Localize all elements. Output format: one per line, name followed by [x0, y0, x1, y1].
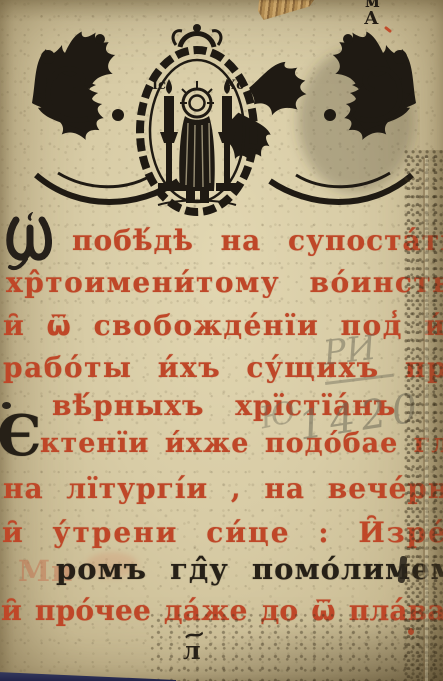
- text-line-8: и̑ у́трени си́це : И̑зре́кши .: [2, 516, 443, 549]
- scanned-book-page: м А: [0, 0, 443, 681]
- pencil-curl: Ю: [257, 395, 299, 437]
- text-line-9: ромъ гд̂у помо́лимем: [56, 552, 443, 586]
- scan-background-corner: [0, 668, 176, 681]
- wooden-bookmark: [258, 0, 314, 20]
- text-line-10: и̑ про́чее да́же до ѿ пла́вающии,: [1, 594, 443, 627]
- initial-e: Є: [0, 408, 42, 464]
- text-line-7: на лїтургі́и , на вече́рни же: [3, 472, 443, 505]
- foliage-left: [32, 25, 178, 202]
- initial-omega: [6, 212, 52, 274]
- text-line-2: хр̂тоимени́тому во́инству ,: [6, 266, 443, 299]
- pencil-mark: РИ: [319, 326, 393, 385]
- candle-left: [158, 79, 180, 191]
- page-crease-highlight: [425, 158, 428, 681]
- catchword: ~ л: [183, 636, 201, 665]
- woodcut-headpiece: Іс Хс: [28, 23, 420, 219]
- medallion-crown: [173, 24, 221, 47]
- red-speck: [408, 628, 414, 635]
- monogram-xc: Хс: [226, 78, 244, 93]
- ink-blot: [2, 402, 11, 409]
- monogram-ic: Іс: [152, 78, 166, 93]
- text-line-1: побѣ́дѣ на супоста́ты: [72, 224, 443, 257]
